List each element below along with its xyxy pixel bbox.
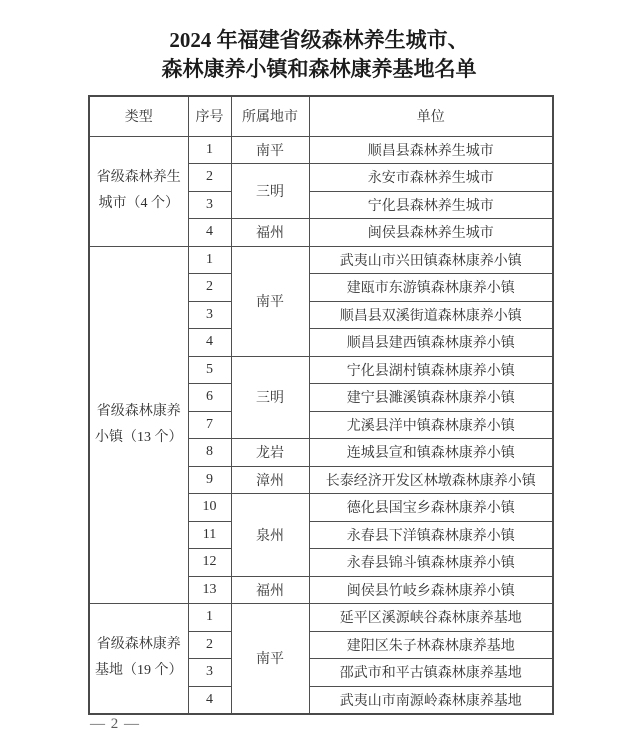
unit-cell: 德化县国宝乡森林康养小镇	[309, 494, 553, 522]
city-cell: 南平	[231, 136, 309, 164]
city-cell: 漳州	[231, 466, 309, 494]
unit-cell: 建瓯市东游镇森林康养小镇	[309, 274, 553, 302]
index-cell: 4	[188, 329, 231, 357]
city-cell: 福州	[231, 576, 309, 604]
title-line-1: 2024 年福建省级森林养生城市、	[0, 26, 638, 55]
index-cell: 11	[188, 521, 231, 549]
unit-cell: 永安市森林养生城市	[309, 164, 553, 192]
city-cell: 南平	[231, 604, 309, 714]
title-line-2: 森林康养小镇和森林康养基地名单	[0, 55, 638, 84]
city-cell: 南平	[231, 246, 309, 356]
document-title: 2024 年福建省级森林养生城市、 森林康养小镇和森林康养基地名单	[0, 26, 638, 84]
index-cell: 2	[188, 274, 231, 302]
unit-cell: 武夷山市南源岭森林康养基地	[309, 686, 553, 714]
index-cell: 12	[188, 549, 231, 577]
page-number: — 2 —	[90, 716, 140, 733]
unit-cell: 永春县锦斗镇森林康养小镇	[309, 549, 553, 577]
city-cell: 三明	[231, 164, 309, 219]
unit-cell: 顺昌县双溪街道森林康养小镇	[309, 301, 553, 329]
index-cell: 1	[188, 246, 231, 274]
unit-cell: 武夷山市兴田镇森林康养小镇	[309, 246, 553, 274]
unit-cell: 建阳区朱子林森林康养基地	[309, 631, 553, 659]
column-header-city: 所属地市	[231, 96, 309, 136]
unit-cell: 建宁县濉溪镇森林康养小镇	[309, 384, 553, 412]
index-cell: 8	[188, 439, 231, 467]
index-cell: 9	[188, 466, 231, 494]
table-row: 省级森林康养小镇（13 个） 1 南平 武夷山市兴田镇森林康养小镇	[89, 246, 553, 274]
column-header-no: 序号	[188, 96, 231, 136]
unit-cell: 邵武市和平古镇森林康养基地	[309, 659, 553, 687]
table-row: 省级森林康养基地（19 个） 1 南平 延平区溪源峡谷森林康养基地	[89, 604, 553, 632]
index-cell: 5	[188, 356, 231, 384]
index-cell: 1	[188, 136, 231, 164]
index-cell: 3	[188, 659, 231, 687]
unit-cell: 顺昌县森林养生城市	[309, 136, 553, 164]
type-cell: 省级森林康养小镇（13 个）	[89, 246, 188, 604]
index-cell: 3	[188, 301, 231, 329]
index-cell: 7	[188, 411, 231, 439]
unit-cell: 顺昌县建西镇森林康养小镇	[309, 329, 553, 357]
unit-cell: 尤溪县洋中镇森林康养小镇	[309, 411, 553, 439]
index-cell: 6	[188, 384, 231, 412]
index-cell: 13	[188, 576, 231, 604]
city-cell: 龙岩	[231, 439, 309, 467]
index-cell: 2	[188, 164, 231, 192]
header-row: 类型 序号 所属地市 单位	[89, 96, 553, 136]
forest-health-list-table: 类型 序号 所属地市 单位 省级森林养生城市（4 个） 1 南平 顺昌县森林养生…	[88, 95, 554, 715]
index-cell: 10	[188, 494, 231, 522]
unit-cell: 长泰经济开发区林墩森林康养小镇	[309, 466, 553, 494]
index-cell: 1	[188, 604, 231, 632]
table-row: 省级森林养生城市（4 个） 1 南平 顺昌县森林养生城市	[89, 136, 553, 164]
city-cell: 泉州	[231, 494, 309, 577]
type-cell: 省级森林养生城市（4 个）	[89, 136, 188, 246]
unit-cell: 延平区溪源峡谷森林康养基地	[309, 604, 553, 632]
unit-cell: 连城县宣和镇森林康养小镇	[309, 439, 553, 467]
city-cell: 福州	[231, 219, 309, 247]
unit-cell: 闽侯县竹岐乡森林康养小镇	[309, 576, 553, 604]
column-header-type: 类型	[89, 96, 188, 136]
index-cell: 4	[188, 686, 231, 714]
column-header-unit: 单位	[309, 96, 553, 136]
type-cell: 省级森林康养基地（19 个）	[89, 604, 188, 714]
city-cell: 三明	[231, 356, 309, 439]
unit-cell: 永春县下洋镇森林康养小镇	[309, 521, 553, 549]
unit-cell: 闽侯县森林养生城市	[309, 219, 553, 247]
unit-cell: 宁化县湖村镇森林康养小镇	[309, 356, 553, 384]
unit-cell: 宁化县森林养生城市	[309, 191, 553, 219]
index-cell: 2	[188, 631, 231, 659]
document-page: 2024 年福建省级森林养生城市、 森林康养小镇和森林康养基地名单 类型 序号 …	[0, 0, 638, 747]
index-cell: 3	[188, 191, 231, 219]
index-cell: 4	[188, 219, 231, 247]
